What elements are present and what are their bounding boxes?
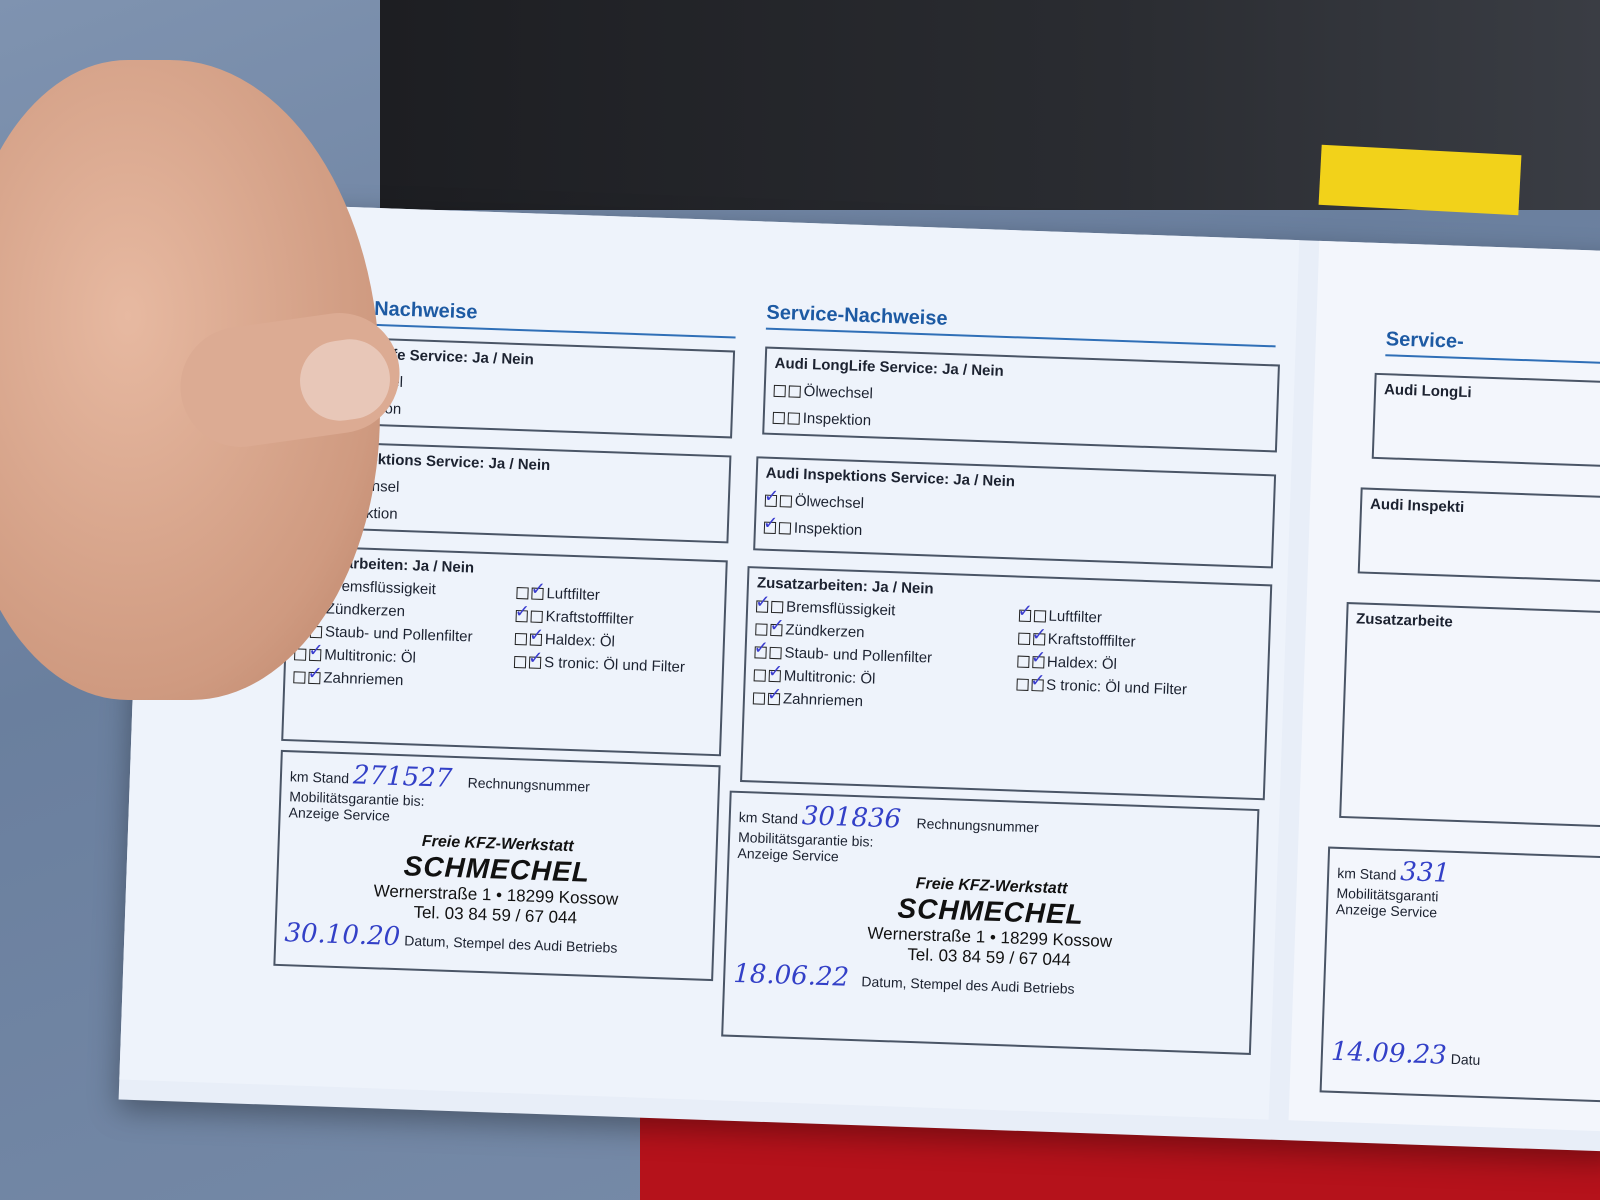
item-label: Luftfilter: [546, 585, 600, 604]
service-record-2: Service-Nachweise: [766, 302, 1277, 348]
zusatz-item: S tronic: Öl und Filter: [514, 653, 714, 677]
checkbox-ja[interactable]: [515, 633, 527, 645]
item-label: Ölwechsel: [803, 383, 873, 402]
service-date: 14.09.23: [1330, 1037, 1447, 1071]
item-label: Luftfilter: [1048, 608, 1102, 627]
date-label: Datum, Stempel des Audi Betriebs: [861, 973, 1075, 996]
zusatz-item: Staub- und Pollenfilter: [295, 622, 495, 646]
zusatz-item: Staub- und Pollenfilter: [754, 643, 997, 668]
checkbox-ja[interactable]: [1018, 633, 1030, 645]
checkbox-ja[interactable]: [753, 692, 765, 704]
zusatz-box-3: Zusatzarbeite: [1339, 602, 1600, 828]
zusatz-item: Multitronic: Öl: [294, 645, 494, 669]
item-label: Zündkerzen: [785, 621, 865, 641]
date-label: Datum, Stempel des Audi Betriebs: [404, 932, 618, 955]
checkbox-nein[interactable]: [308, 672, 320, 684]
rechnung-label: Rechnungsnummer: [916, 815, 1039, 835]
checkbox-ja[interactable]: [754, 669, 766, 681]
service-record-3: Service-: [1385, 328, 1600, 365]
zusatz-item: Multitronic: Öl: [753, 666, 996, 691]
zusatz-item: Zahnriemen: [293, 668, 493, 692]
zusatz-item: Luftfilter: [1018, 607, 1261, 632]
checkbox-ja[interactable]: [514, 656, 526, 668]
item-label: Inspektion: [794, 520, 863, 539]
stamp-box-2: km Stand 301836 Rechnungsnummer Mobilitä…: [721, 791, 1259, 1055]
checkbox-nein[interactable]: [1032, 656, 1044, 668]
inspektion-box-2: Audi Inspektions Service: Ja / Nein Ölwe…: [753, 456, 1276, 568]
checkbox-ja[interactable]: [515, 610, 527, 622]
zusatz-item: Haldex: Öl: [515, 630, 715, 654]
checkbox-ja[interactable]: [755, 623, 767, 635]
workshop-stamp: Freie KFZ-Werkstatt SCHMECHEL Wernerstra…: [734, 869, 1247, 977]
inspektion-box-3: Audi Inspekti: [1358, 487, 1600, 583]
checkbox-ja[interactable]: [754, 646, 766, 658]
rechnung-label: Rechnungsnummer: [467, 774, 590, 794]
checkbox-ja[interactable]: [293, 671, 305, 683]
item-label: Zündkerzen: [326, 600, 406, 620]
zusatz-header: Zusatzarbeite: [1356, 610, 1600, 637]
page-title: Service-: [1385, 328, 1600, 365]
item-label: Zahnriemen: [323, 669, 404, 689]
checkbox[interactable]: [765, 495, 777, 507]
item-label: Inspektion: [802, 410, 871, 429]
zusatz-item: S tronic: Öl und Filter: [1016, 676, 1259, 701]
checkbox-nein[interactable]: [529, 657, 541, 669]
item-label: S tronic: Öl und Filter: [1046, 677, 1187, 699]
km-value: 301836: [801, 801, 901, 834]
checkbox-ja[interactable]: [756, 600, 768, 612]
zusatz-item: Kraftstofffilter: [1017, 630, 1260, 655]
checkbox-nein[interactable]: [530, 611, 542, 623]
km-label: km Stand: [1337, 865, 1397, 883]
longlife-header: Audi LongLi: [1384, 381, 1600, 407]
workshop-stamp: Freie KFZ-Werkstatt SCHMECHEL Wernerstra…: [285, 828, 708, 933]
item-label: Multitronic: Öl: [783, 667, 875, 687]
item-label: S tronic: Öl und Filter: [544, 654, 685, 676]
zusatz-item: Zahnriemen: [753, 689, 996, 714]
checkbox-nein[interactable]: [771, 601, 783, 613]
longlife-box-3: Audi LongLi: [1372, 373, 1600, 469]
checkbox-nein[interactable]: [531, 588, 543, 600]
page-title: Service-Nachweise: [766, 302, 1277, 348]
item-label: Ölwechsel: [795, 493, 865, 512]
booklet-right-page: Service- Audi LongLi Audi Inspekti Zusat…: [1289, 241, 1600, 1132]
checkbox-ja[interactable]: [1017, 656, 1029, 668]
yellow-folder: [1319, 145, 1522, 215]
item-label: Haldex: Öl: [1047, 654, 1118, 673]
zusatz-item: Haldex: Öl: [1017, 653, 1260, 678]
item-label: Zahnriemen: [783, 690, 864, 710]
item-label: Multitronic: Öl: [324, 646, 416, 666]
checkbox[interactable]: [774, 385, 786, 397]
item-label: Kraftstofffilter: [545, 608, 633, 628]
checkbox-nein[interactable]: [530, 634, 542, 646]
item-label: Staub- und Pollenfilter: [784, 644, 932, 666]
date-label: Datu: [1450, 1051, 1480, 1068]
item-label: Bremsflüssigkeit: [786, 598, 896, 619]
km-label: km Stand: [739, 809, 799, 827]
checkbox-nein[interactable]: [309, 649, 321, 661]
service-date: 18.06.22: [733, 959, 850, 993]
inspektion-header: Audi Inspekti: [1370, 496, 1600, 522]
item-label: Haldex: Öl: [545, 631, 616, 650]
item-label: Kraftstofffilter: [1047, 631, 1135, 651]
km-value: 331: [1400, 857, 1451, 889]
zusatz-box-1: Zusatzarbeiten: Ja / Nein Bremsflüssigke…: [281, 545, 728, 756]
checkbox[interactable]: [788, 385, 800, 397]
checkbox-ja[interactable]: [1016, 679, 1028, 691]
checkbox-nein[interactable]: [770, 624, 782, 636]
checkbox[interactable]: [764, 522, 776, 534]
checkbox-nein[interactable]: [768, 693, 780, 705]
stamp-box-1: km Stand 271527 Rechnungsnummer Mobilitä…: [273, 750, 720, 981]
checkbox[interactable]: [779, 522, 791, 534]
checkbox-nein[interactable]: [1033, 610, 1045, 622]
checkbox-nein[interactable]: [769, 670, 781, 682]
checkbox[interactable]: [780, 495, 792, 507]
zusatz-item: Kraftstofffilter: [515, 607, 715, 631]
checkbox[interactable]: [788, 412, 800, 424]
km-label: km Stand: [290, 768, 350, 786]
longlife-box-2: Audi LongLife Service: Ja / Nein Ölwechs…: [762, 347, 1280, 453]
checkbox-ja[interactable]: [516, 587, 528, 599]
service-date: 30.10.20: [284, 918, 401, 952]
zusatz-box-2: Zusatzarbeiten: Ja / Nein Bremsflüssigke…: [740, 566, 1272, 800]
item-label: Staub- und Pollenfilter: [325, 623, 473, 645]
checkbox-nein[interactable]: [769, 647, 781, 659]
zusatz-item: Zündkerzen: [755, 620, 998, 645]
checkbox-nein[interactable]: [1031, 679, 1043, 691]
checkbox-nein[interactable]: [1033, 633, 1045, 645]
km-value: 271527: [353, 760, 453, 793]
zusatz-item: Bremsflüssigkeit: [756, 597, 999, 622]
checkbox[interactable]: [773, 412, 785, 424]
zusatz-item: Luftfilter: [516, 584, 716, 608]
stamp-box-3: km Stand 331 Mobilitätsgaranti Anzeige S…: [1320, 847, 1600, 1104]
checkbox-ja[interactable]: [1018, 610, 1030, 622]
